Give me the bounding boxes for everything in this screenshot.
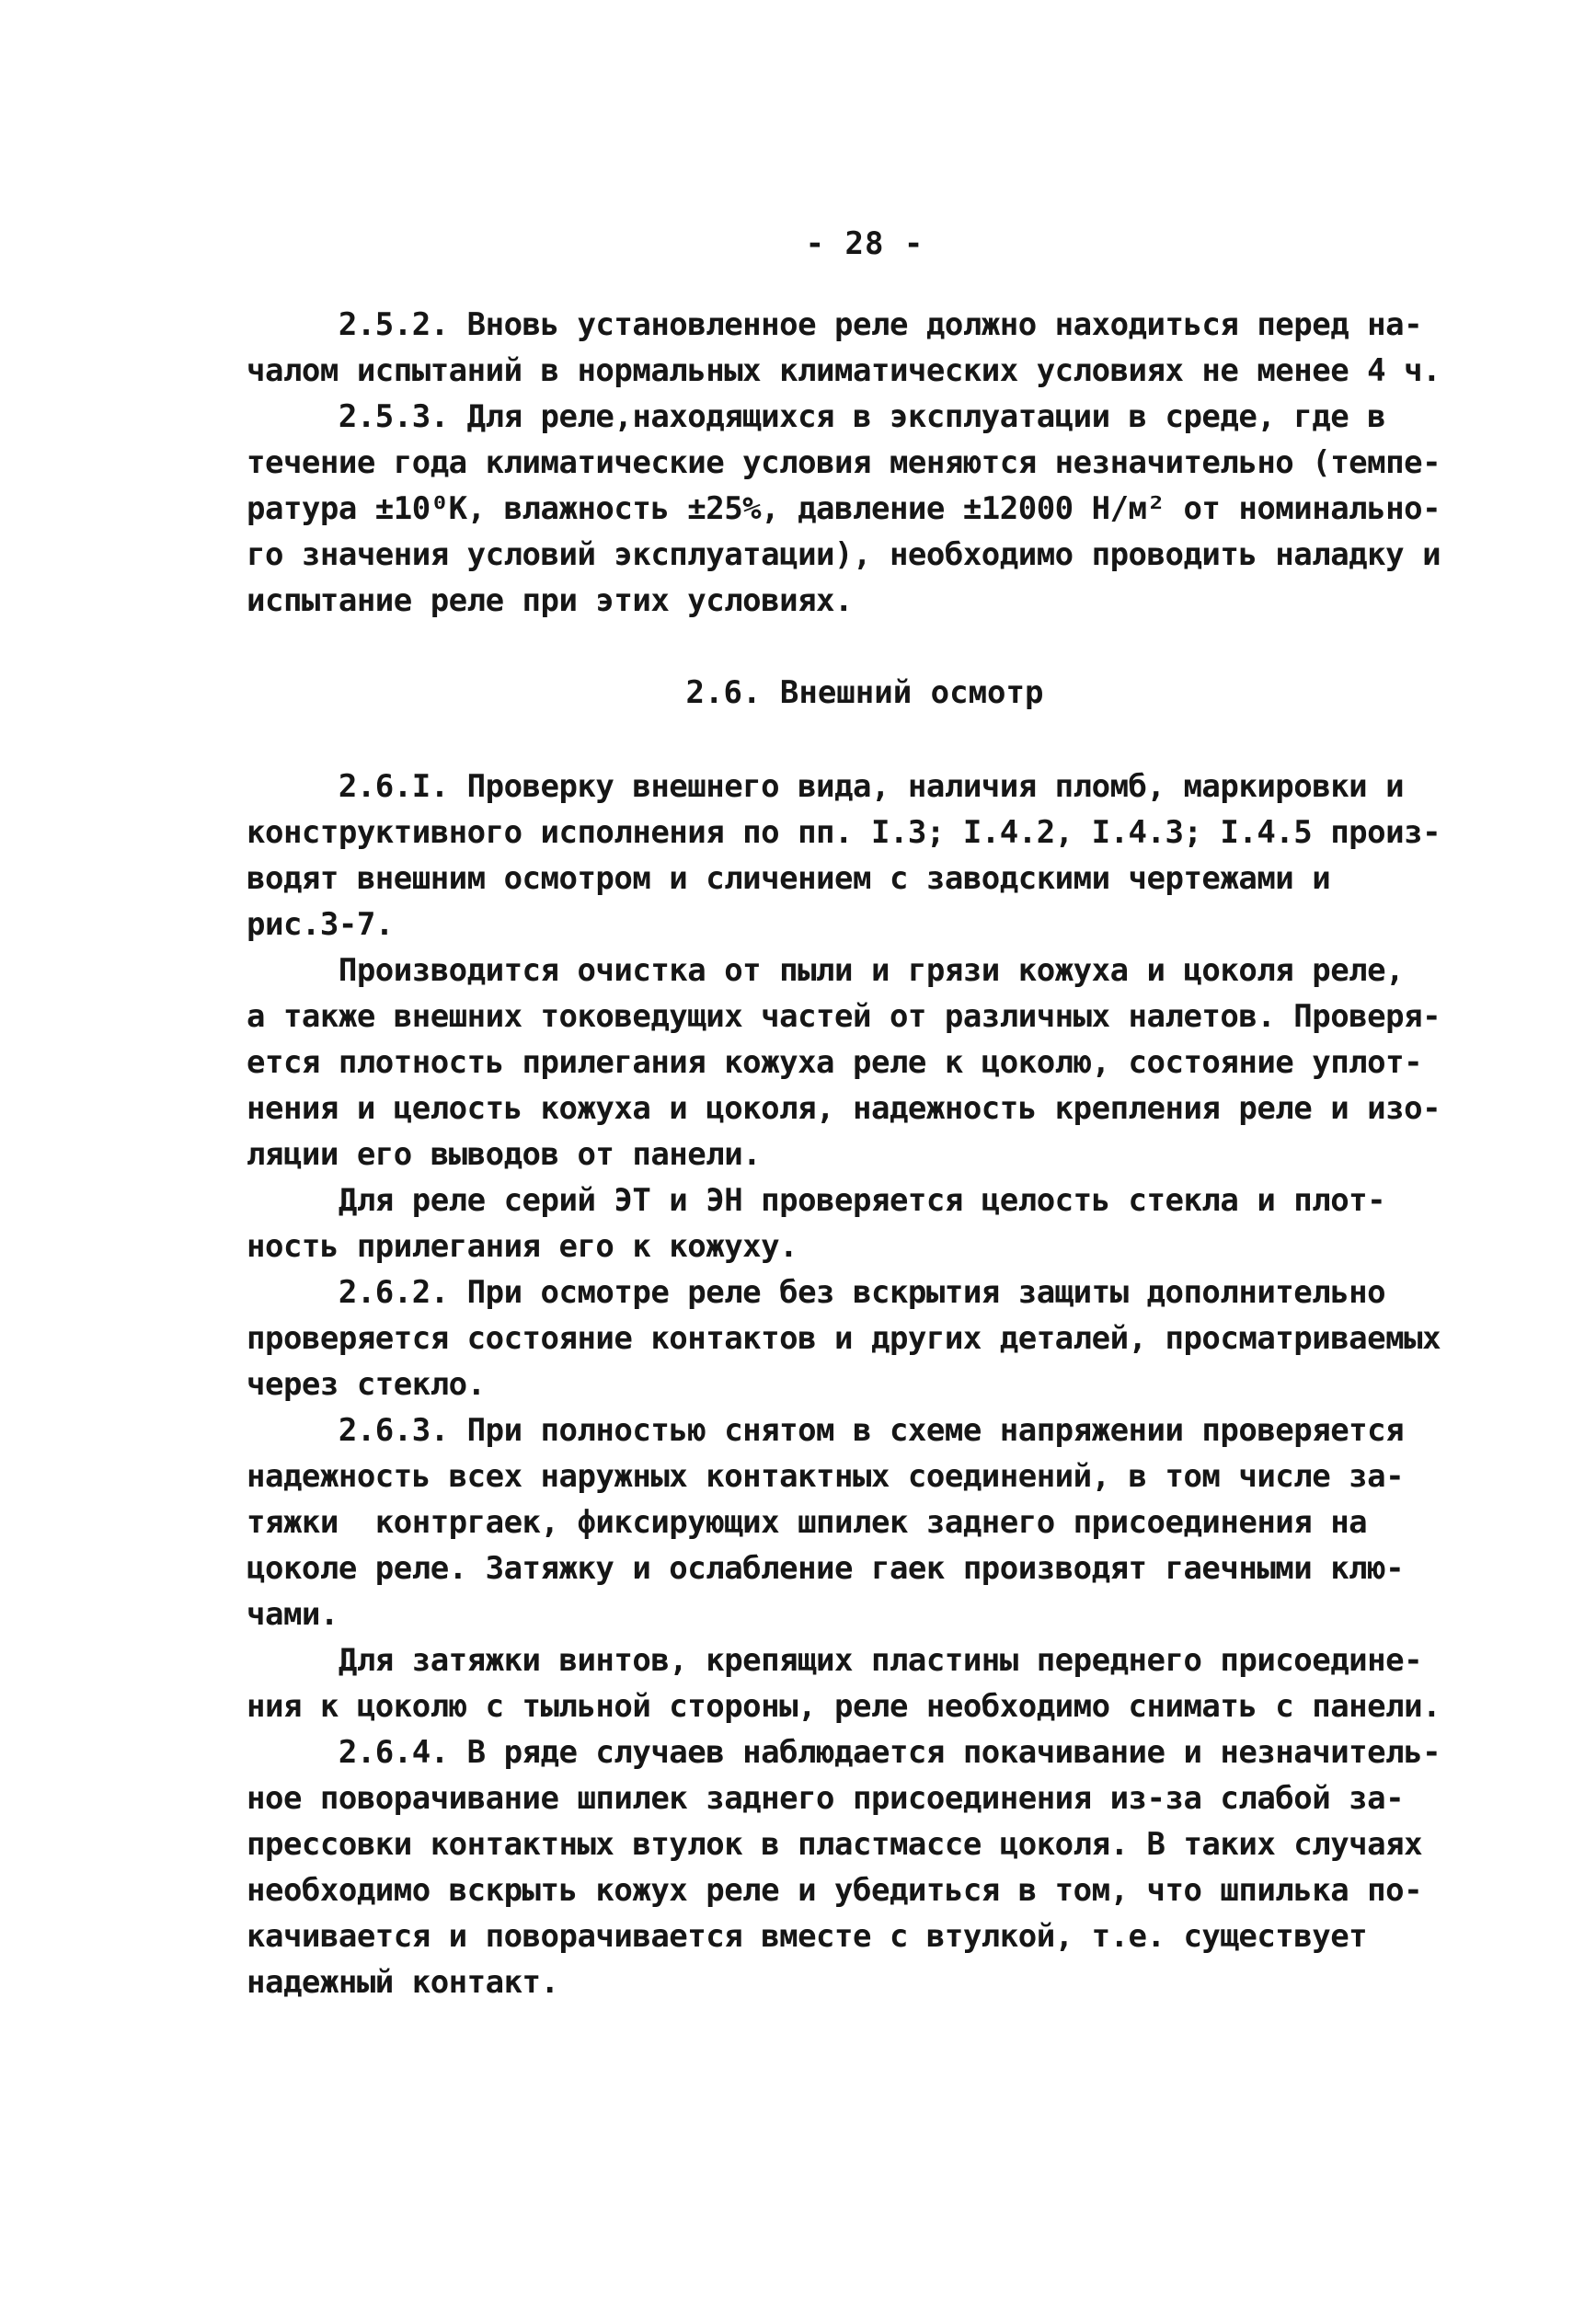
text-line: ляции его выводов от панели. [247, 1131, 1483, 1177]
section-2-6-paragraphs: 2.6.I. Проверку внешнего вида, наличия п… [247, 764, 1483, 2005]
text-line: ное поворачивание шпилек заднего присоед… [247, 1775, 1483, 1821]
text-line: водят внешним осмотром и сличением с зав… [247, 856, 1483, 902]
text-line: течение года климатические условия меняю… [247, 440, 1483, 486]
text-line: Для затяжки винтов, крепящих пластины пе… [247, 1637, 1483, 1683]
text-line: 2.6.4. В ряде случаев наблюдается покачи… [247, 1729, 1483, 1775]
text-line: 2.6.3. При полностью снятом в схеме напр… [247, 1407, 1483, 1453]
text-line: ратура ±10⁰К, влажность ±25%, давление ±… [247, 486, 1483, 532]
text-line: го значения условий эксплуатации), необх… [247, 532, 1483, 578]
text-line: тяжки контргаек, фиксирующих шпилек задн… [247, 1499, 1483, 1545]
section-2-5-paragraphs: 2.5.2. Вновь установленное реле должно н… [247, 302, 1483, 624]
text-line: через стекло. [247, 1361, 1483, 1407]
text-line: чами. [247, 1591, 1483, 1637]
text-line: 2.5.2. Вновь установленное реле должно н… [247, 302, 1483, 348]
text-line: а также внешних токоведущих частей от ра… [247, 993, 1483, 1039]
text-line: чалом испытаний в нормальных климатическ… [247, 348, 1483, 394]
text-line: 2.6.I. Проверку внешнего вида, наличия п… [247, 764, 1483, 810]
text-line: ется плотность прилегания кожуха реле к … [247, 1039, 1483, 1085]
text-line: Производится очистка от пыли и грязи кож… [247, 948, 1483, 993]
text-line: конструктивного исполнения по пп. I.3; I… [247, 810, 1483, 856]
text-line: ность прилегания его к кожуху. [247, 1223, 1483, 1269]
text-line: надежный контакт. [247, 1959, 1483, 2005]
text-line: испытание реле при этих условиях. [247, 578, 1483, 624]
text-line: необходимо вскрыть кожух реле и убедитьс… [247, 1867, 1483, 1913]
section-heading-external-inspection: 2.6. Внешний осмотр [247, 670, 1483, 716]
text-line: ния к цоколю с тыльной стороны, реле нео… [247, 1683, 1483, 1729]
text-line: рис.3-7. [247, 902, 1483, 948]
text-line: нения и целость кожуха и цоколя, надежно… [247, 1085, 1483, 1131]
text-line: 2.6.2. При осмотре реле без вскрытия защ… [247, 1269, 1483, 1315]
text-column: - 28 - 2.5.2. Вновь установленное реле д… [247, 0, 1483, 2005]
text-line: 2.5.3. Для реле,находящихся в эксплуатац… [247, 394, 1483, 440]
text-line: надежность всех наружных контактных соед… [247, 1453, 1483, 1499]
text-line: прессовки контактных втулок в пластмассе… [247, 1821, 1483, 1867]
text-line: качивается и поворачивается вместе с вту… [247, 1913, 1483, 1959]
page-number: - 28 - [247, 221, 1483, 267]
document-page: - 28 - 2.5.2. Вновь установленное реле д… [0, 0, 1596, 2297]
text-line: Для реле серий ЭТ и ЭН проверяется целос… [247, 1177, 1483, 1223]
text-line: цоколе реле. Затяжку и ослабление гаек п… [247, 1545, 1483, 1591]
text-line: проверяется состояние контактов и других… [247, 1315, 1483, 1361]
